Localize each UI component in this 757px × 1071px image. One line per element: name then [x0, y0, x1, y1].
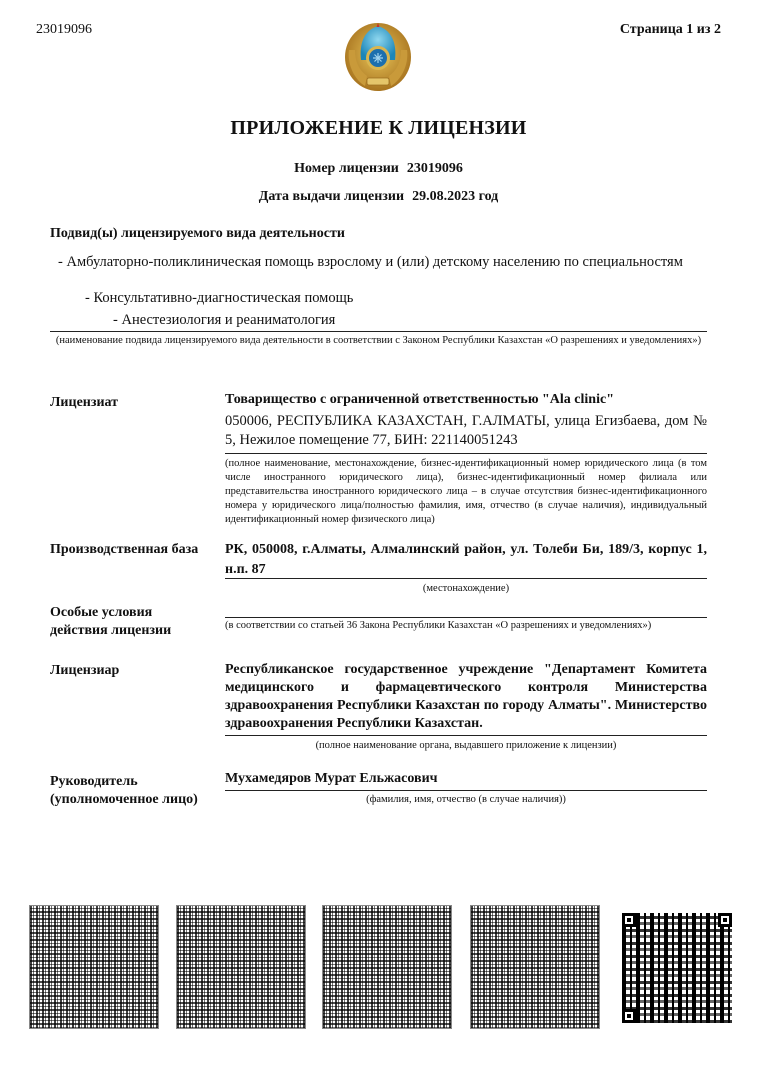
qr-code: [622, 913, 732, 1023]
license-number-value: 23019096: [407, 161, 463, 176]
qr-finder-icon: [718, 913, 732, 927]
licensee-address: 050006, РЕСПУБЛИКА КАЗАХСТАН, Г.АЛМАТЫ, …: [225, 412, 707, 450]
divider: [50, 331, 707, 332]
head-caption: (фамилия, имя, отчество (в случае наличи…: [225, 793, 707, 806]
production-base-label: Производственная база: [50, 541, 198, 559]
subtype-item: - Консультативно-диагностическая помощь: [85, 290, 353, 307]
license-number-row: Номер лицензии23019096: [0, 161, 757, 177]
state-emblem-icon: [343, 20, 413, 94]
divider: [225, 790, 707, 791]
qr-finder-icon: [622, 913, 636, 927]
divider: [225, 735, 707, 736]
production-base-caption: (местонахождение): [225, 582, 707, 595]
head-label: Руководитель (уполномоченное лицо): [50, 773, 198, 809]
data-matrix-code: [29, 905, 159, 1029]
subtypes-heading: Подвид(ы) лицензируемого вида деятельнос…: [50, 226, 345, 242]
subtype-item: - Анестезиология и реаниматология: [113, 312, 335, 329]
divider: [225, 453, 707, 454]
licensor-value: Республиканское государственное учрежден…: [225, 661, 707, 733]
licensee-name: Товарищество с ограниченной ответственно…: [225, 392, 707, 408]
licensee-caption: (полное наименование, местонахождение, б…: [225, 457, 707, 527]
qr-finder-icon: [622, 1009, 636, 1023]
subtypes-caption: (наименование подвида лицензируемого вид…: [50, 334, 707, 347]
licensor-label: Лицензиар: [50, 662, 119, 680]
divider: [225, 578, 707, 579]
data-matrix-code: [176, 905, 306, 1029]
license-date-label: Дата выдачи лицензии: [259, 189, 404, 204]
page-title: ПРИЛОЖЕНИЕ К ЛИЦЕНЗИИ: [0, 117, 757, 140]
production-base-value: РК, 050008, г.Алматы, Алмалинский район,…: [225, 540, 707, 580]
license-number-label: Номер лицензии: [294, 161, 399, 176]
special-conditions-caption: (в соответствии со статьей 36 Закона Рес…: [225, 620, 707, 631]
licensor-caption: (полное наименование органа, выдавшего п…: [225, 739, 707, 752]
divider: [225, 617, 707, 618]
license-date-value: 29.08.2023 год: [412, 189, 498, 204]
data-matrix-code: [322, 905, 452, 1029]
page-indicator: Страница 1 из 2: [620, 22, 721, 38]
special-conditions-label: Особые условия действия лицензии: [50, 604, 171, 640]
document-number: 23019096: [36, 22, 92, 38]
licensee-label: Лицензиат: [50, 394, 118, 412]
subtype-item: - Амбулаторно-поликлиническая помощь взр…: [58, 254, 683, 271]
head-value: Мухамедяров Мурат Ельжасович: [225, 771, 707, 787]
license-date-row: Дата выдачи лицензии29.08.2023 год: [0, 189, 757, 205]
data-matrix-code: [470, 905, 600, 1029]
